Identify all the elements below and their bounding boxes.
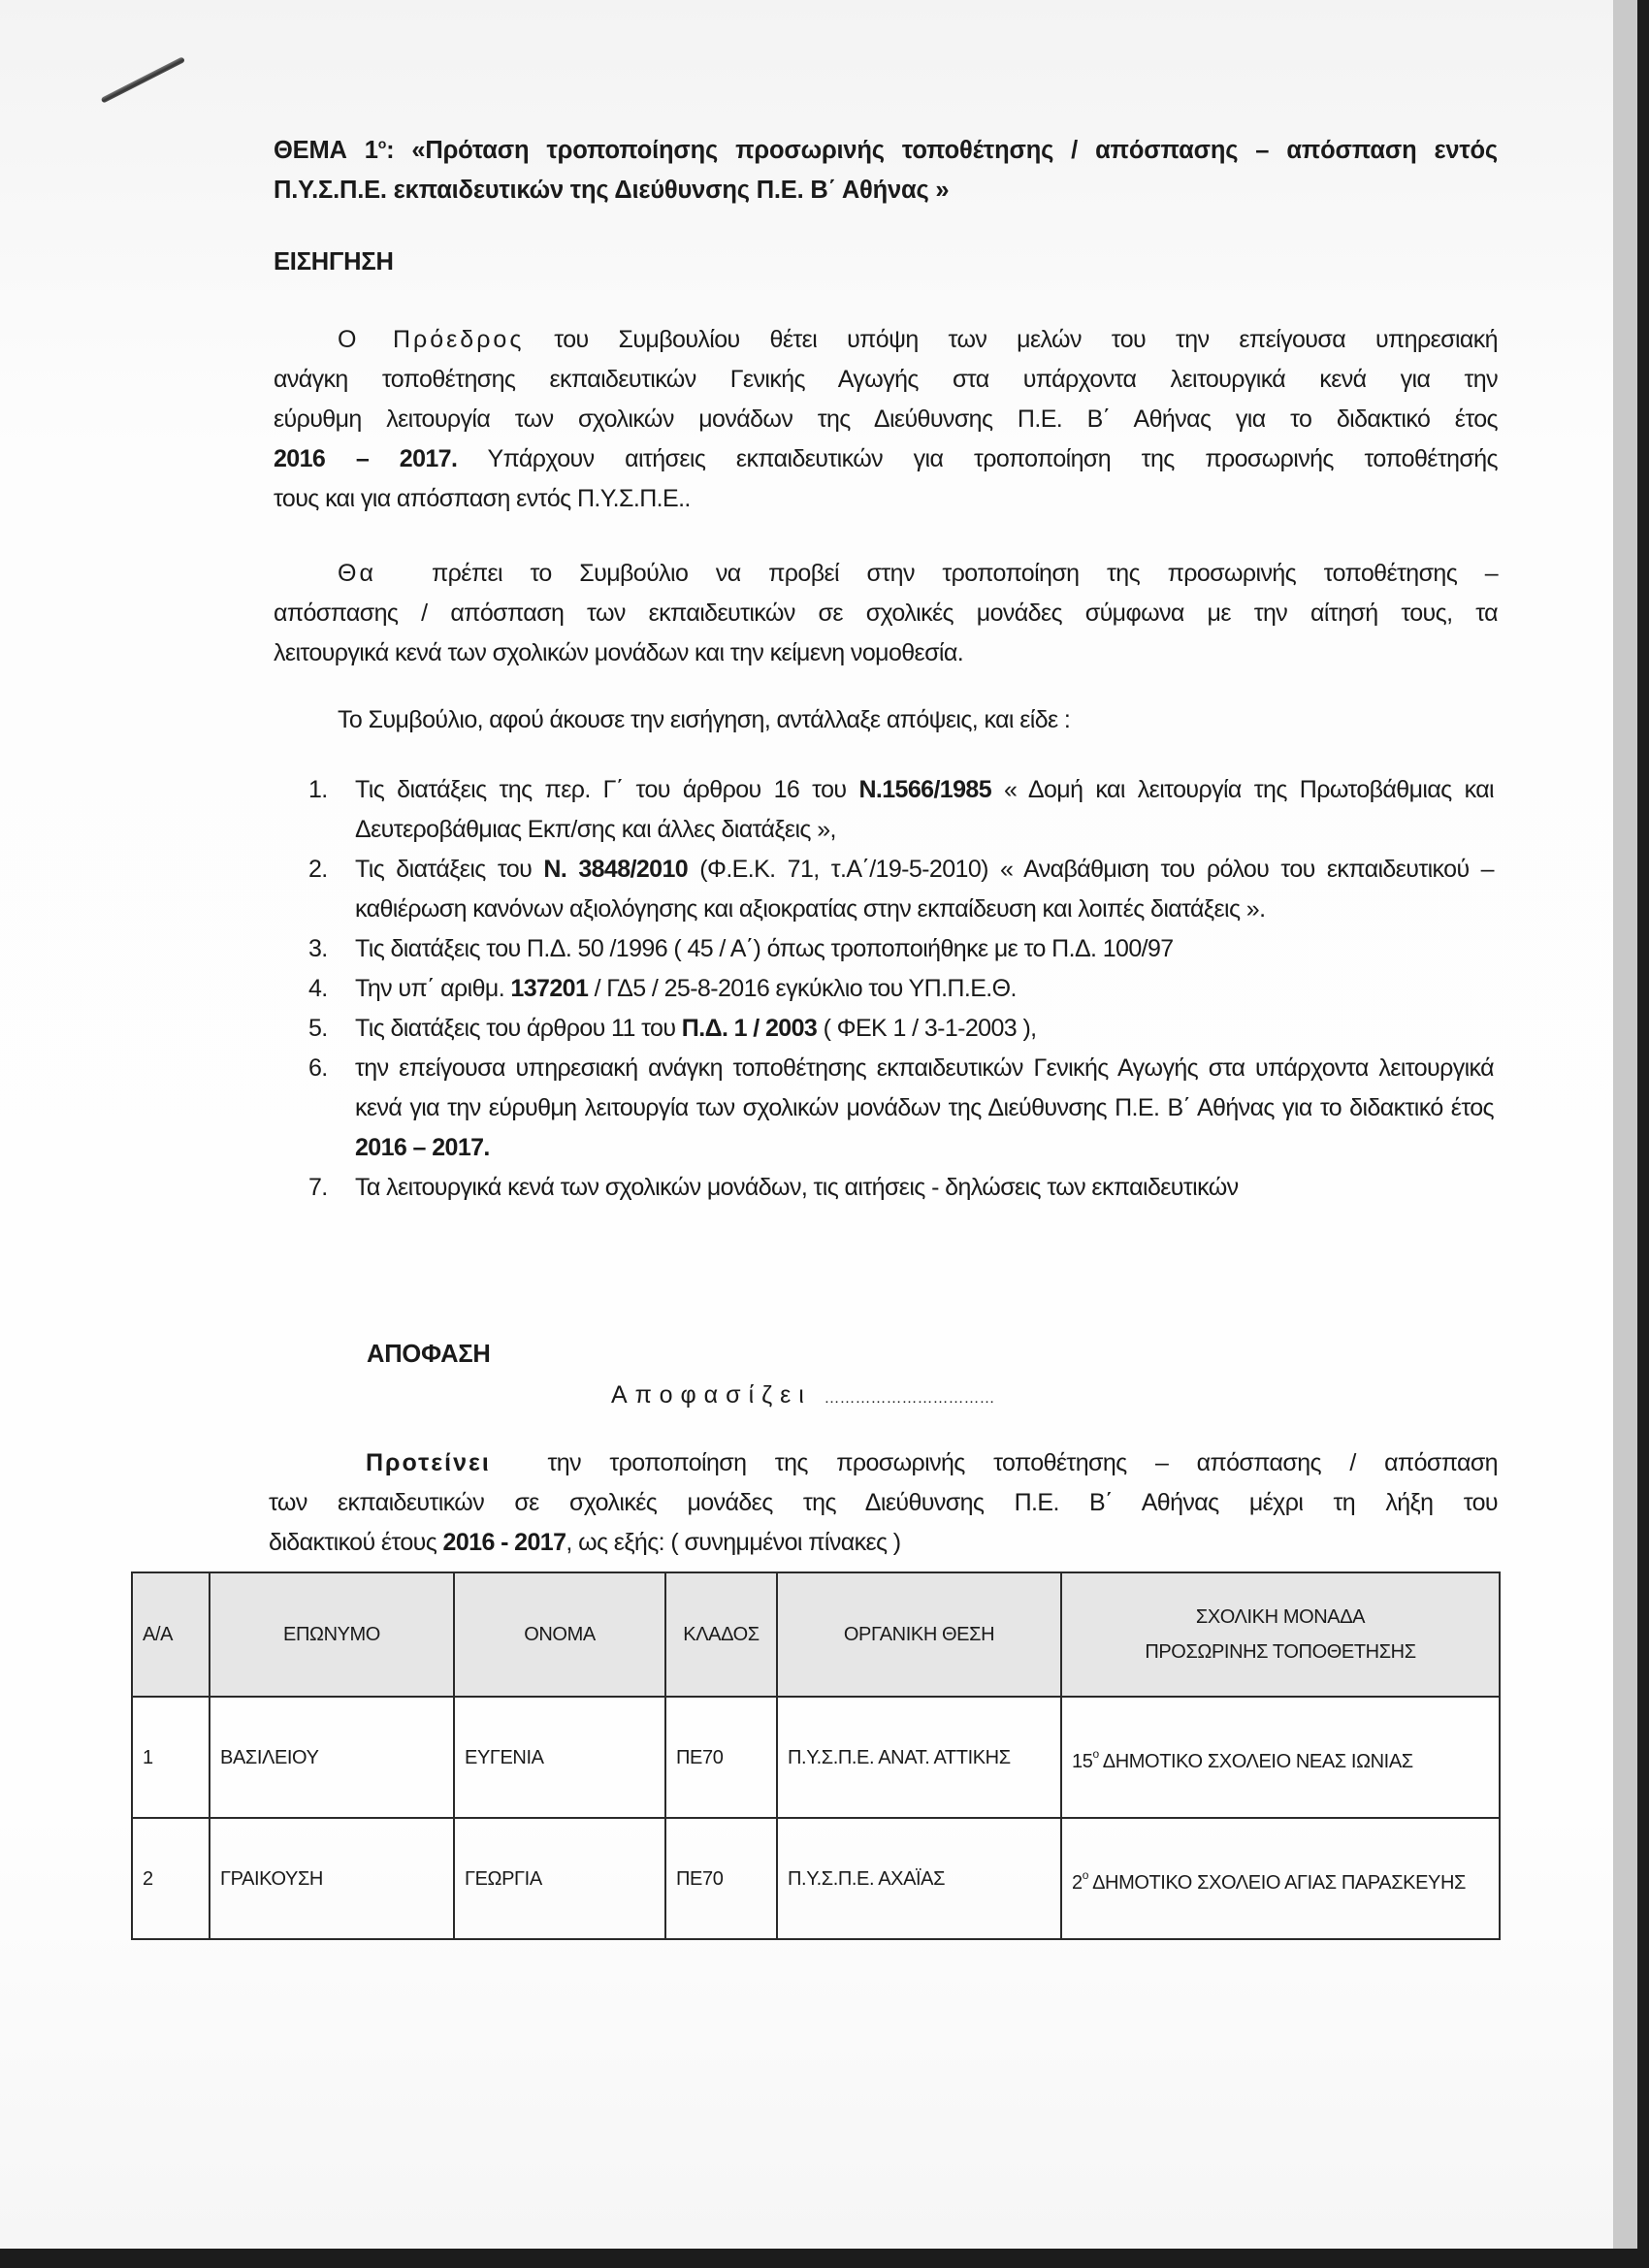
consideration-item: 1.Τις διατάξεις της περ. Γ΄ του άρθρου 1… (308, 770, 1494, 850)
paragraph-council-duty: Θα πρέπει το Συμβούλιο να προβεί στην τρ… (274, 554, 1498, 673)
col-header-organic-position: ΟΡΓΑΝΙΚΗ ΘΕΣΗ (777, 1572, 1061, 1697)
cell-branch: ΠΕ70 (665, 1697, 777, 1818)
consideration-number: 5. (308, 1009, 328, 1049)
table-row: 2ΓΡΑΙΚΟΥΣΗΓΕΩΡΓΙΑΠΕ70Π.Υ.Σ.Π.Ε. ΑΧΑΪΑΣ2ο… (132, 1818, 1500, 1939)
scan-edge-dark (1637, 0, 1649, 2268)
cell-school-unit: 15ο ΔΗΜΟΤΙΚΟ ΣΧΟΛΕΙΟ ΝΕΑΣ ΙΩΝΙΑΣ (1061, 1697, 1500, 1818)
cell-name: ΓΕΩΡΓΙΑ (454, 1818, 665, 1939)
consideration-number: 3. (308, 929, 328, 969)
decides-line: Αποφασίζει …………………………… (611, 1376, 995, 1418)
col-header-surname: ΕΠΩΝΥΜΟ (210, 1572, 454, 1697)
cell-organic-position: Π.Υ.Σ.Π.Ε. ΑΝΑΤ. ΑΤΤΙΚΗΣ (777, 1697, 1061, 1818)
subject-title-line2: Π.Υ.Σ.Π.Ε. εκπαιδευτικών της Διεύθυνσης … (274, 171, 1498, 211)
consideration-number: 6. (308, 1049, 328, 1088)
table-row: 1ΒΑΣΙΛΕΙΟΥΕΥΓΕΝΙΑΠΕ70Π.Υ.Σ.Π.Ε. ΑΝΑΤ. ΑΤ… (132, 1697, 1500, 1818)
consideration-number: 7. (308, 1168, 328, 1208)
paragraph-proposal-intro: Ο Πρόεδρος του Συμβουλίου θέτει υπόψη τω… (274, 320, 1498, 519)
consideration-item: 4.Την υπ΄ αριθμ. 137201 / ΓΔ5 / 25-8-201… (308, 969, 1494, 1009)
section-heading-eisigisi: ΕΙΣΗΓΗΣΗ (274, 243, 394, 282)
consideration-number: 4. (308, 969, 328, 1009)
col-header-branch: ΚΛΑΔΟΣ (665, 1572, 777, 1697)
cell-branch: ΠΕ70 (665, 1818, 777, 1939)
cell-name: ΕΥΓΕΝΙΑ (454, 1697, 665, 1818)
cell-organic-position: Π.Υ.Σ.Π.Ε. ΑΧΑΪΑΣ (777, 1818, 1061, 1939)
col-header-name: ΟΝΟΜΑ (454, 1572, 665, 1697)
paragraph-council-saw: Το Συμβούλιο, αφού άκουσε την εισήγηση, … (338, 700, 1070, 740)
paragraph-proposal: Προτείνει την τροποποίηση της προσωρινής… (269, 1443, 1498, 1563)
cell-school-unit: 2ο ΔΗΜΟΤΙΚΟ ΣΧΟΛΕΙΟ ΑΓΙΑΣ ΠΑΡΑΣΚΕΥΗΣ (1061, 1818, 1500, 1939)
subject-title-line1: ΘΕΜΑ 1ο: «Πρόταση τροποποίησης προσωρινή… (274, 124, 1498, 171)
cell-surname: ΒΑΣΙΛΕΙΟΥ (210, 1697, 454, 1818)
placements-table: Α/Α ΕΠΩΝΥΜΟ ΟΝΟΜΑ ΚΛΑΔΟΣ ΟΡΓΑΝΙΚΗ ΘΕΣΗ Σ… (131, 1571, 1501, 1940)
consideration-item: 5.Τις διατάξεις του άρθρου 11 του Π.Δ. 1… (308, 1009, 1494, 1049)
col-header-aa: Α/Α (132, 1572, 210, 1697)
consideration-item: 2.Τις διατάξεις του Ν. 3848/2010 (Φ.Ε.Κ.… (308, 850, 1494, 929)
cell-surname: ΓΡΑΙΚΟΥΣΗ (210, 1818, 454, 1939)
subject-title: ΘΕΜΑ 1ο: «Πρόταση τροποποίησης προσωρινή… (274, 124, 1498, 211)
scan-edge (1613, 0, 1637, 2268)
table-header-row: Α/Α ΕΠΩΝΥΜΟ ΟΝΟΜΑ ΚΛΑΔΟΣ ΟΡΓΑΝΙΚΗ ΘΕΣΗ Σ… (132, 1572, 1500, 1697)
considerations-list: 1.Τις διατάξεις της περ. Γ΄ του άρθρου 1… (308, 770, 1494, 1208)
section-heading-apofasi: ΑΠΟΦΑΣΗ (367, 1335, 491, 1375)
consideration-number: 2. (308, 850, 328, 890)
cell-aa: 1 (132, 1697, 210, 1818)
consideration-number: 1. (308, 770, 328, 810)
consideration-item: 6.την επείγουσα υπηρεσιακή ανάγκη τοποθέ… (308, 1049, 1494, 1168)
col-header-school-unit: ΣΧΟΛΙΚΗ ΜΟΝΑΔΑΠΡΟΣΩΡΙΝΗΣ ΤΟΠΟΘΕΤΗΣΗΣ (1061, 1572, 1500, 1697)
consideration-item: 7.Τα λειτουργικά κενά των σχολικών μονάδ… (308, 1168, 1494, 1208)
consideration-item: 3.Τις διατάξεις του Π.Δ. 50 /1996 ( 45 /… (308, 929, 1494, 969)
scan-edge-bottom (0, 2249, 1649, 2268)
cell-aa: 2 (132, 1818, 210, 1939)
